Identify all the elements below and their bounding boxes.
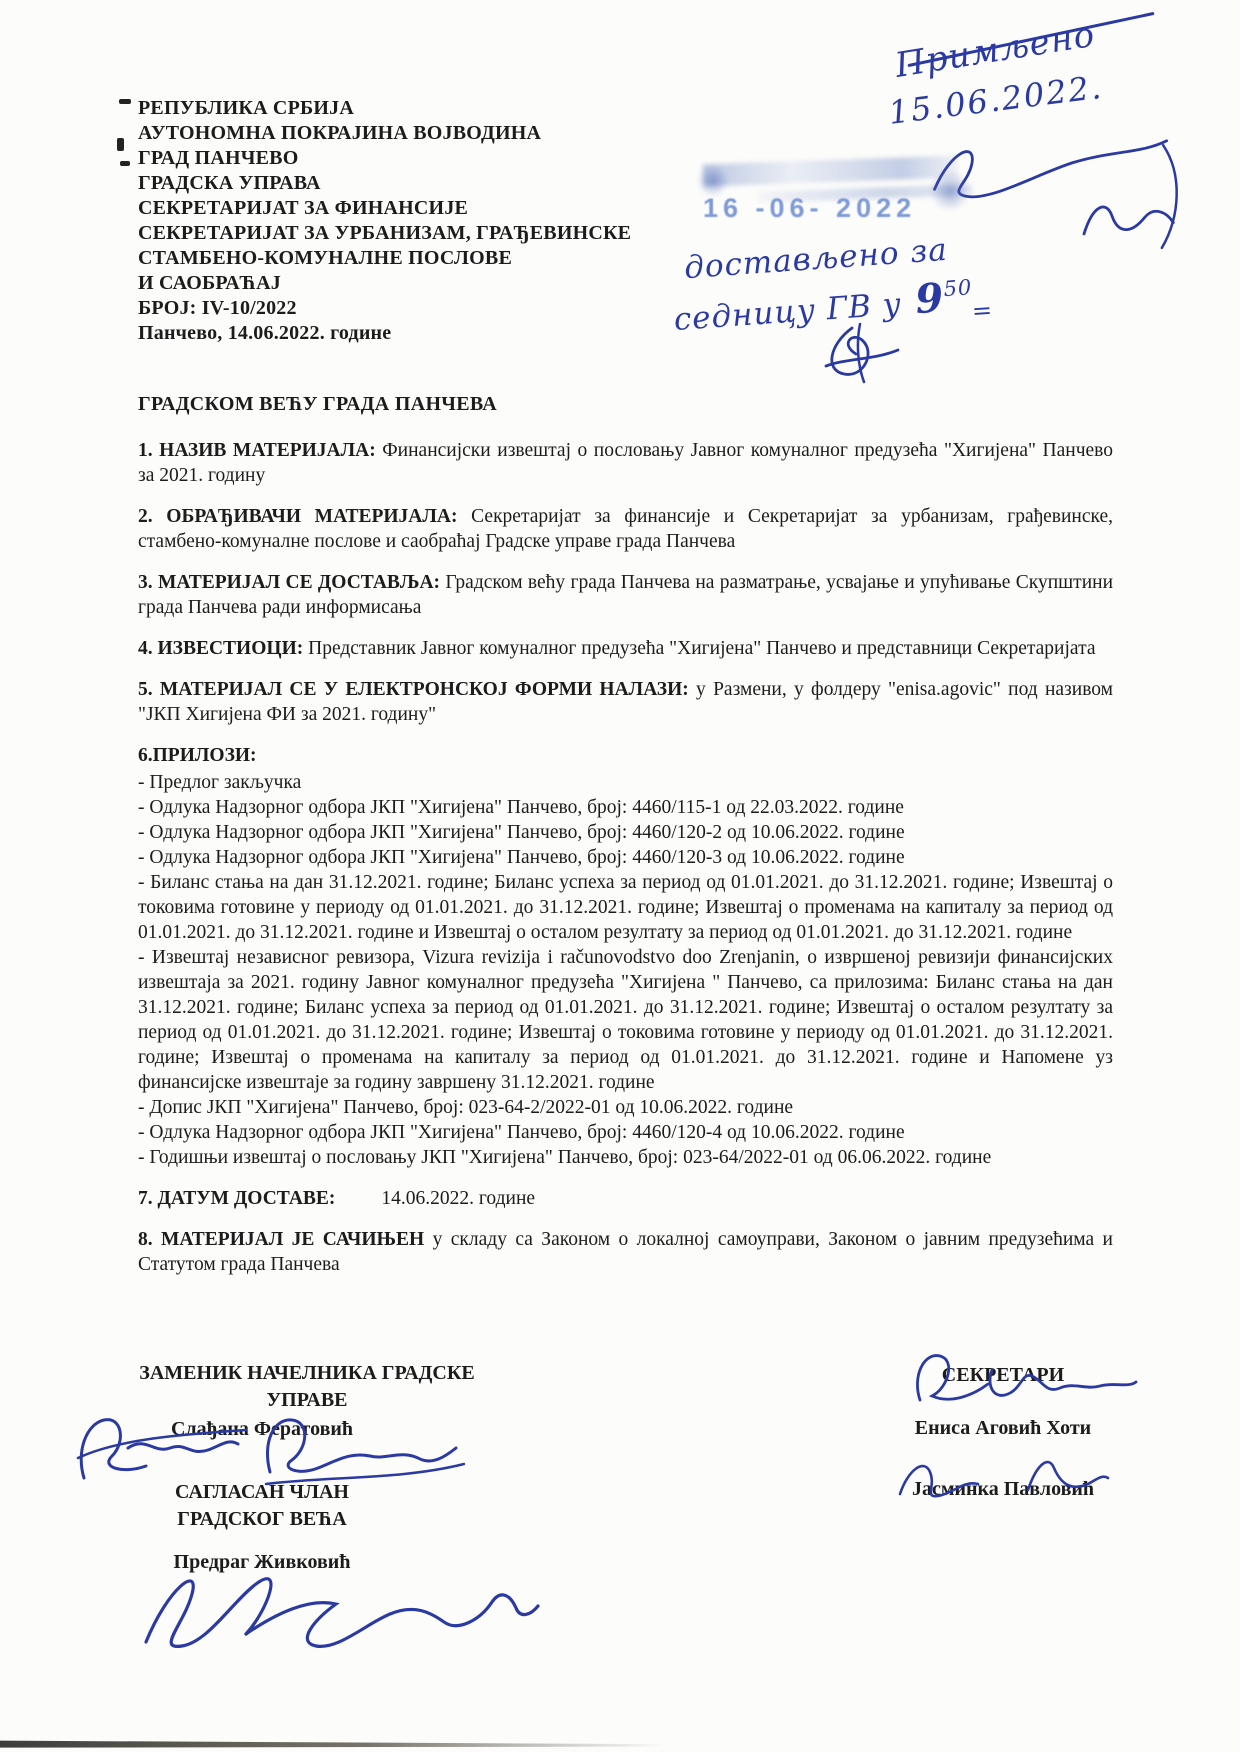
section-3-label: 3. МАТЕРИЈАЛ СЕ ДОСТАВЉА:	[138, 572, 440, 593]
letterhead-line: РЕПУБЛИКА СРБИЈА	[138, 96, 631, 121]
scan-speck	[120, 161, 130, 166]
document-body: 1. НАЗИВ МАТЕРИЈАЛА: Финансијски извешта…	[138, 438, 1113, 1293]
section-7-text: 14.06.2022. године	[381, 1188, 535, 1209]
paraph-initials	[812, 318, 912, 393]
section-5-label: 5. МАТЕРИЈАЛ СЕ У ЕЛЕКТРОНСКОЈ ФОРМИ НАЛ…	[138, 679, 689, 700]
section-8-label: 8. МАТЕРИЈАЛ ЈЕ САЧИЊЕН	[138, 1229, 424, 1250]
deputy-chief-title-line1: ЗАМЕНИК НАЧЕЛНИКА ГРАДСКЕ	[122, 1360, 492, 1387]
pavlovic-signature	[888, 1446, 1118, 1511]
section-7: 7. ДАТУМ ДОСТАВЕ:14.06.2022. године	[138, 1186, 1113, 1211]
section-4-label: 4. ИЗВЕСТИОЦИ:	[138, 638, 303, 659]
letterhead: РЕПУБЛИКА СРБИЈА АУТОНОМНА ПОКРАЈИНА ВОЈ…	[138, 96, 631, 346]
section-6-label: 6.ПРИЛОЗИ:	[138, 743, 1113, 768]
section-1-label: 1. НАЗИВ МАТЕРИЈАЛА:	[138, 440, 376, 461]
agovic-signature	[900, 1338, 1140, 1423]
attachment-item: - Одлука Надзорног одбора ЈКП "Хигијена"…	[138, 845, 1113, 870]
section-3: 3. МАТЕРИЈАЛ СЕ ДОСТАВЉА: Градском већу …	[138, 570, 1113, 620]
letterhead-line: СЕКРЕТАРИЈАТ ЗА ФИНАНСИЈЕ	[138, 196, 631, 221]
letterhead-line: СЕКРЕТАРИЈАТ ЗА УРБАНИЗАМ, ГРАЂЕВИНСКЕ	[138, 221, 631, 246]
attachment-item: - Одлука Надзорног одбора ЈКП "Хигијена"…	[138, 1120, 1113, 1145]
underline-mark: =	[971, 296, 994, 325]
attachment-item: - Одлука Надзорног одбора ЈКП "Хигијена"…	[138, 820, 1113, 845]
stamp-smudge	[703, 156, 959, 187]
attachment-item: - Допис ЈКП "Хигијена" Панчево, број: 02…	[138, 1095, 1113, 1120]
council-member-title-line2: ГРАДСКОГ ВЕЋА	[122, 1506, 402, 1533]
attachment-item: - Извештај независног ревизора, Vizura r…	[138, 945, 1113, 1095]
letterhead-line: И САОБРАЋАЈ	[138, 271, 631, 296]
letterhead-line: АУТОНОМНА ПОКРАЈИНА ВОЈВОДИНА	[138, 121, 631, 146]
feratovic-signature	[70, 1408, 470, 1508]
section-5: 5. МАТЕРИЈАЛ СЕ У ЕЛЕКТРОНСКОЈ ФОРМИ НАЛ…	[138, 677, 1113, 727]
scan-speck	[117, 138, 124, 151]
letterhead-line: ГРАД ПАНЧЕВО	[138, 146, 631, 171]
section-4-text: Представник Јавног комуналног предузећа …	[308, 638, 1095, 659]
document-page: РЕПУБЛИКА СРБИЈА АУТОНОМНА ПОКРАЈИНА ВОЈ…	[0, 0, 1240, 1752]
zivkovic-signature	[128, 1558, 548, 1668]
letterhead-line: СТАМБЕНО-КОМУНАЛНЕ ПОСЛОВЕ	[138, 246, 631, 271]
attachments-list: - Предлог закључка - Одлука Надзорног од…	[138, 770, 1113, 1170]
letterhead-line: ГРАДСКА УПРАВА	[138, 171, 631, 196]
addressee-line: ГРАДСКОМ ВЕЋУ ГРАДА ПАНЧЕВА	[138, 393, 497, 416]
section-7-label: 7. ДАТУМ ДОСТАВЕ:	[138, 1188, 335, 1209]
attachment-item: - Одлука Надзорног одбора ЈКП "Хигијена"…	[138, 795, 1113, 820]
section-1: 1. НАЗИВ МАТЕРИЈАЛА: Финансијски извешта…	[138, 438, 1113, 488]
section-2-label: 2. ОБРАЂИВАЧИ МАТЕРИЈАЛА:	[138, 506, 457, 527]
scan-edge-artifact	[0, 1740, 665, 1748]
section-4: 4. ИЗВЕСТИОЦИ: Представник Јавног комуна…	[138, 636, 1113, 661]
attachment-item: - Биланс стања на дан 31.12.2021. године…	[138, 870, 1113, 945]
section-2: 2. ОБРАЂИВАЧИ МАТЕРИЈАЛА: Секретаријат з…	[138, 504, 1113, 554]
section-8: 8. МАТЕРИЈАЛ ЈЕ САЧИЊЕН у складу са Зако…	[138, 1227, 1113, 1277]
stamp-smudge	[928, 172, 972, 210]
attachment-item: - Предлог закључка	[138, 770, 1113, 795]
document-number: БРОЈ: IV-10/2022	[138, 296, 631, 321]
scan-speck	[119, 99, 131, 104]
place-date-line: Панчево, 14.06.2022. године	[138, 321, 631, 346]
delivery-time-minutes: 50	[943, 275, 973, 301]
date-stamp: 16 -06- 2022	[703, 193, 916, 224]
attachment-item: - Годишњи извештај о пословању ЈКП "Хиги…	[138, 1145, 1113, 1170]
delivery-time-hour: 9	[914, 274, 946, 323]
